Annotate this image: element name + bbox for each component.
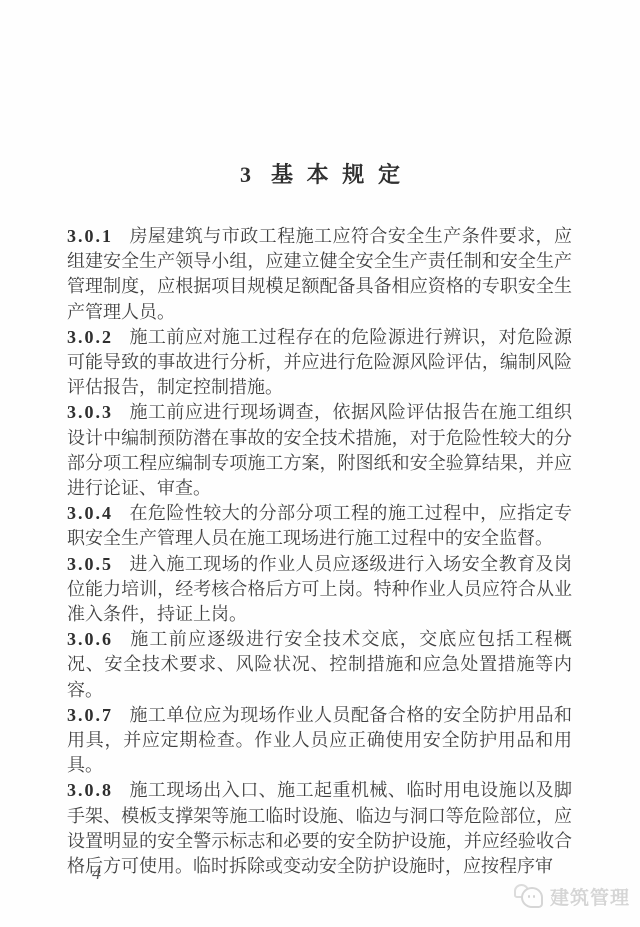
chapter-title-text: 基本规定: [271, 158, 414, 189]
document-page: 3基本规定 3.0.1房屋建筑与市政工程施工应符合安全生产条件要求，应组建安全生…: [0, 0, 640, 927]
clause-number: 3.0.2: [67, 327, 113, 347]
clause-text: 进入施工现场的作业人员应逐级进行入场安全教育及岗位能力培训，经考核合格后方可上岗…: [67, 554, 572, 624]
clause-3-0-1: 3.0.1房屋建筑与市政工程施工应符合安全生产条件要求，应组建安全生产领导小组，…: [67, 224, 572, 325]
clause-3-0-2: 3.0.2施工前应对施工过程存在的危险源进行辨识，对危险源可能导致的事故进行分析…: [67, 325, 572, 401]
clause-number: 3.0.5: [67, 554, 113, 574]
clauses-body: 3.0.1房屋建筑与市政工程施工应符合安全生产条件要求，应组建安全生产领导小组，…: [67, 224, 572, 879]
clause-number: 3.0.8: [67, 780, 113, 800]
clause-3-0-4: 3.0.4在危险性较大的分部分项工程的施工过程中，应指定专职安全生产管理人员在施…: [67, 501, 572, 551]
clause-number: 3.0.1: [67, 226, 113, 246]
clause-3-0-3: 3.0.3施工前应进行现场调查，依据风险评估报告在施工组织设计中编制预防潜在事故…: [67, 400, 572, 501]
clause-number: 3.0.7: [67, 705, 113, 725]
clause-text: 施工现场出入口、施工起重机械、临时用电设施以及脚手架、模板支撑架等施工临时设施、…: [67, 780, 572, 876]
watermark: 建筑管理: [513, 882, 630, 910]
chapter-title: 3基本规定: [0, 158, 640, 189]
clause-number: 3.0.3: [67, 402, 113, 422]
clause-3-0-7: 3.0.7施工单位应为现场作业人员配备合格的安全防护用品和用具，并应定期检查。作…: [67, 703, 572, 779]
chapter-number: 3: [240, 162, 251, 188]
watermark-label: 建筑管理: [550, 883, 630, 910]
clause-text: 房屋建筑与市政工程施工应符合安全生产条件要求，应组建安全生产领导小组，应建立健全…: [67, 226, 572, 322]
clause-3-0-6: 3.0.6施工前应逐级进行安全技术交底，交底应包括工程概况、安全技术要求、风险状…: [67, 627, 572, 703]
watermark-logo-icon: [513, 882, 545, 910]
clause-text: 施工前应对施工过程存在的危险源进行辨识，对危险源可能导致的事故进行分析，并应进行…: [67, 327, 572, 397]
clause-3-0-8: 3.0.8施工现场出入口、施工起重机械、临时用电设施以及脚手架、模板支撑架等施工…: [67, 778, 572, 879]
clause-text: 施工单位应为现场作业人员配备合格的安全防护用品和用具，并应定期检查。作业人员应正…: [67, 705, 572, 775]
clause-text: 在危险性较大的分部分项工程的施工过程中，应指定专职安全生产管理人员在施工现场进行…: [67, 503, 572, 548]
clause-text: 施工前应进行现场调查，依据风险评估报告在施工组织设计中编制预防潜在事故的安全技术…: [67, 402, 572, 498]
page-number: 4: [92, 863, 101, 884]
mascot-face-icon: [521, 887, 543, 908]
clause-3-0-5: 3.0.5进入施工现场的作业人员应逐级进行入场安全教育及岗位能力培训，经考核合格…: [67, 552, 572, 628]
clause-text: 施工前应逐级进行安全技术交底，交底应包括工程概况、安全技术要求、风险状况、控制措…: [67, 629, 572, 699]
clause-number: 3.0.4: [67, 503, 113, 523]
clause-number: 3.0.6: [67, 629, 113, 649]
